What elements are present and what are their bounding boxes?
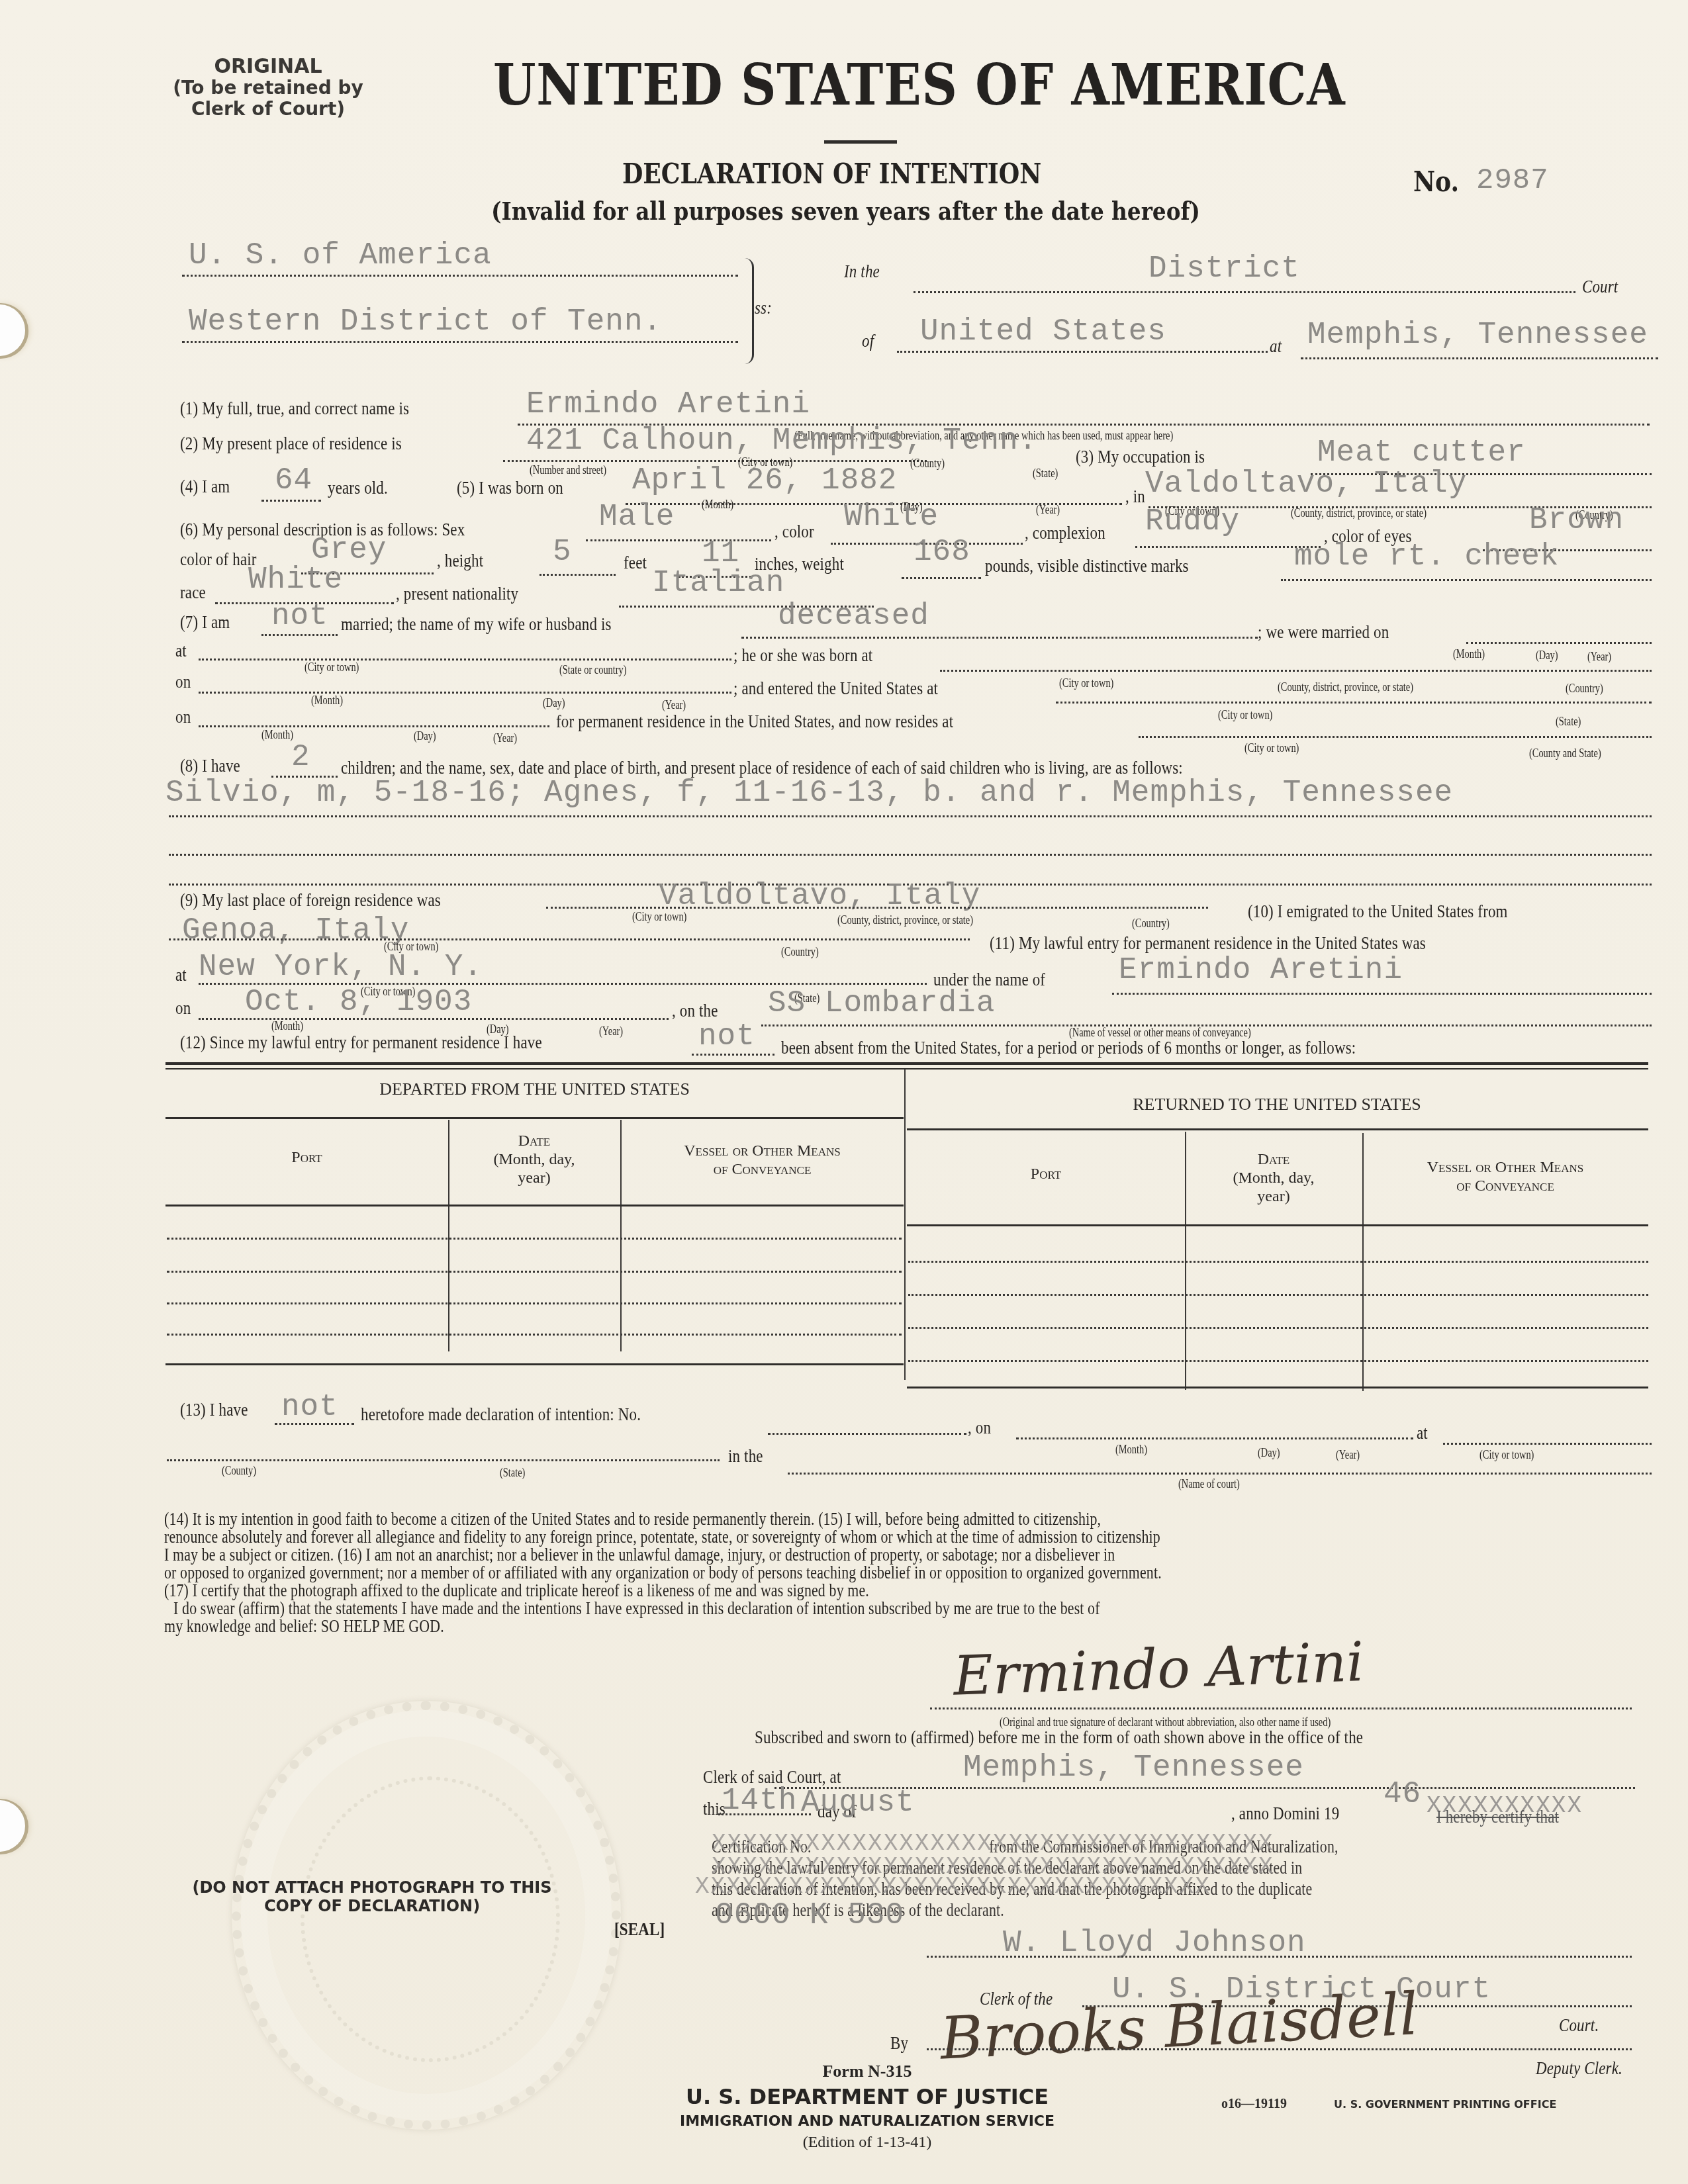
department-name: U. S. DEPARTMENT OF JUSTICE — [616, 2084, 1119, 2109]
departed-col-date-line-3: year) — [448, 1169, 620, 1187]
born-at-hint-city: (City or town) — [1059, 676, 1113, 690]
height-feet: 5 — [553, 535, 572, 569]
table-top-rule-2 — [165, 1068, 1648, 1069]
departed-header-rule — [165, 1117, 904, 1119]
print-code-text: o16—19119 — [1221, 2097, 1287, 2112]
seal-label: [SEAL] — [614, 1919, 665, 1940]
entry-on-label: on — [175, 998, 191, 1019]
entry-at-label: at — [175, 965, 187, 986]
declaration-number: 2987 — [1476, 164, 1549, 197]
court-type: District — [1149, 251, 1300, 286]
table-row — [167, 1334, 902, 1336]
seal-inner-ring — [301, 1776, 560, 2062]
oath-paragraph: (14) It is my intention in good faith to… — [164, 1510, 1687, 1635]
q13-in-the-label: in the — [728, 1446, 763, 1467]
q7-text: married; the name of my wife or husband … — [341, 614, 612, 635]
q2-label: (2) My present place of residence is — [180, 433, 402, 455]
q9-hint-country: (Country) — [1132, 917, 1170, 931]
last-residence-underline — [546, 907, 1208, 909]
entry-hint-year: (Year) — [599, 1024, 623, 1038]
q4-label: (4) I am — [180, 477, 230, 498]
table-row — [167, 1238, 902, 1240]
q7-label: (7) I am — [180, 612, 230, 633]
departed-col-vessel-line-2: of Conveyance — [620, 1160, 904, 1179]
q13-on-label: , on — [968, 1418, 991, 1439]
married-on-label: ; we were married on — [1258, 622, 1389, 643]
distinctive-marks: mole rt. cheek — [1294, 539, 1559, 574]
q13-label: (13) I have — [180, 1400, 248, 1421]
spouse-on-hint-day: (Day) — [543, 696, 565, 710]
married-hint-year: (Year) — [1587, 650, 1611, 664]
binder-hole-top — [0, 304, 25, 356]
edition: (Edition of 1-13-41) — [616, 2134, 1119, 2152]
q13-hint-year: (Year) — [1336, 1448, 1360, 1462]
court-type-underline — [914, 291, 1575, 293]
of-label: of — [862, 331, 874, 352]
born-at-hint-county: (County, district, province, or state) — [1278, 680, 1413, 694]
anno-label: , anno Domini 19 — [1231, 1803, 1339, 1825]
oath-line-6: I do swear (affirm) that the statements … — [164, 1600, 1352, 1617]
emigrated-from: Genoa, Italy — [182, 913, 409, 948]
q13-hint-court: (Name of court) — [1178, 1477, 1240, 1491]
q9-hint-city: (City or town) — [632, 910, 686, 924]
perm-hint-day: (Day) — [414, 729, 436, 743]
q10-hint-country: (Country) — [781, 945, 819, 959]
certification-code: 0600 K 530 — [715, 1898, 904, 1933]
complexion-label: , complexion — [1025, 523, 1105, 544]
returned-col-vessel: Vessel or Other Means of Conveyance — [1362, 1158, 1648, 1195]
departed-col-vessel: Vessel or Other Means of Conveyance — [620, 1142, 904, 1179]
spouse-on-hint-month: (Month) — [311, 694, 343, 707]
clerk-at-value: Memphis, Tennessee — [963, 1751, 1304, 1785]
oath-line-5: (17) I certify that the photograph affix… — [164, 1582, 1352, 1600]
q13-hint-day: (Day) — [1258, 1446, 1280, 1460]
resides-hint-county-state: (County and State) — [1529, 747, 1601, 760]
q10-label: (10) I emigrated to the United States fr… — [1248, 901, 1508, 923]
height-feet-underline — [539, 574, 616, 576]
departed-col-vessel-line-1: Vessel or Other Means — [620, 1142, 904, 1160]
children-underline-2 — [169, 854, 1652, 856]
form-footer: Form N-315 U. S. DEPARTMENT OF JUSTICE I… — [616, 2062, 1119, 2152]
entry-port: New York, N. Y. — [199, 950, 483, 984]
declarant-signature: Ermindo Artini — [953, 1631, 1365, 1708]
married-hint-day: (Day) — [1536, 649, 1558, 662]
feet-label: feet — [624, 553, 647, 574]
q13-hint-city: (City or town) — [1479, 1448, 1534, 1462]
venue-line-1: U. S. of America — [189, 238, 492, 273]
departed-col-date-line-2: (Month, day, — [448, 1150, 620, 1169]
entry-name: Ermindo Aretini — [1119, 953, 1403, 987]
nationality: Italian — [652, 566, 784, 600]
full-name: Ermindo Aretini — [526, 387, 810, 422]
prior-city-underline — [1443, 1443, 1652, 1445]
perm-on-label: on — [175, 707, 191, 728]
returned-col-date: Date (Month, day, year) — [1185, 1150, 1362, 1206]
strike-x-line-3: XXXXXXXXXXXXXXXXXXXXXXXXXXXXXXXXXXXX — [695, 1873, 1211, 1900]
spouse-on-label: on — [175, 672, 191, 693]
entry-date-underline — [199, 1018, 669, 1020]
entry-date: Oct. 8, 1903 — [245, 985, 472, 1019]
spouse-underline — [741, 637, 1258, 639]
court-label: Court — [1582, 277, 1618, 298]
in-label: , in — [1125, 486, 1145, 508]
height-label: , height — [437, 551, 483, 572]
race-label: race — [180, 582, 206, 604]
binder-hole-bottom — [0, 1800, 25, 1852]
oath-line-1: (14) It is my intention in good faith to… — [164, 1510, 1352, 1528]
form-title: DECLARATION OF INTENTION — [622, 158, 1041, 190]
of-underline — [897, 351, 1268, 353]
married-at-hint-city: (City or town) — [305, 660, 359, 674]
spouse-on-hint-year: (Year) — [662, 698, 686, 712]
color-label: , color — [774, 522, 814, 543]
of-value: United States — [920, 314, 1166, 349]
oath-line-3: I may be a subject or citizen. (16) I am… — [164, 1546, 1352, 1564]
by-label: By — [890, 2033, 908, 2054]
resides-hint-city: (City or town) — [1244, 741, 1299, 755]
returned-colhead-rule — [907, 1224, 1648, 1226]
race: White — [248, 563, 343, 597]
born-at-label: ; he or she was born at — [733, 645, 872, 666]
prior-county-state-underline — [167, 1459, 720, 1461]
pounds-label: pounds, visible distinctive marks — [985, 556, 1189, 577]
original-notice: ORIGINAL (To be retained by Clerk of Cou… — [169, 56, 367, 120]
q13-at-label: at — [1417, 1423, 1428, 1444]
venue-line-1-underline — [182, 275, 738, 277]
q11-label: (11) My lawful entry for permanent resid… — [990, 933, 1426, 954]
form-number: Form N-315 — [616, 2062, 1119, 2081]
residence-underline — [503, 460, 927, 462]
sex: Male — [599, 500, 675, 534]
table-center-divider — [904, 1069, 906, 1380]
returned-col-vessel-line-1: Vessel or Other Means — [1362, 1158, 1648, 1177]
deputy-label: Deputy Clerk. — [1536, 2058, 1622, 2079]
table-row — [167, 1302, 902, 1304]
photo-note-line-2: COPY OF DECLARATION) — [173, 1897, 571, 1915]
q8-label: (8) I have — [180, 756, 240, 777]
at-underline — [1301, 357, 1658, 359]
departed-col-date-line-1: Date — [448, 1132, 620, 1150]
day-underline — [718, 1813, 811, 1815]
table-bottom-rule-right — [907, 1387, 1648, 1388]
married-at-underline — [199, 659, 731, 660]
returned-header-rule — [907, 1128, 1648, 1130]
marital-underline — [261, 634, 338, 636]
page-title: UNITED STATES OF AMERICA — [493, 52, 1346, 118]
returned-col-date-line-2: (Month, day, — [1185, 1169, 1362, 1187]
table-row — [908, 1327, 1648, 1329]
deputy-signature-line — [927, 2048, 1632, 2050]
children-underline-1 — [169, 815, 1652, 817]
q13-hint-state: (State) — [500, 1466, 525, 1480]
emigrated-underline — [169, 938, 970, 940]
ss-label: ss: — [755, 298, 772, 319]
absence-underline — [692, 1054, 774, 1056]
q9-label: (9) My last place of foreign residence w… — [180, 890, 441, 911]
vessel-name: SS Lombardia — [768, 986, 995, 1021]
age-underline — [261, 500, 321, 502]
title-divider — [824, 140, 897, 144]
photo-note-line-1: (DO NOT ATTACH PHOTOGRAPH TO THIS — [173, 1878, 571, 1897]
entered-hint-city: (City or town) — [1218, 708, 1272, 722]
clerk-name-underline — [927, 1956, 1632, 1958]
returned-col-date-line-3: year) — [1185, 1187, 1362, 1206]
q12-text: been absent from the United States, for … — [781, 1038, 1356, 1059]
q4-suffix: years old. — [328, 478, 388, 499]
certify-text: I hereby certify that — [1436, 1807, 1559, 1828]
marks-underline — [1281, 579, 1652, 581]
photo-note: (DO NOT ATTACH PHOTOGRAPH TO THIS COPY O… — [173, 1878, 571, 1915]
q5-label: (5) I was born on — [457, 478, 563, 499]
table-row — [908, 1294, 1648, 1296]
spouse-on-underline — [199, 692, 731, 694]
original-label: ORIGINAL — [169, 56, 367, 77]
printer-name: U. S. GOVERNMENT PRINTING OFFICE — [1334, 2098, 1556, 2111]
children-list: Silvio, m, 5-18-16; Agnes, f, 11-16-13, … — [165, 776, 1453, 810]
born-at-underline — [940, 670, 1652, 672]
hint-county-district: (County, district, province, or state) — [1291, 506, 1427, 520]
table-top-rule — [165, 1062, 1648, 1065]
month-value: August — [801, 1786, 915, 1820]
q13-hint-month: (Month) — [1115, 1443, 1147, 1457]
occupation: Meat cutter — [1317, 435, 1526, 470]
complexion-underline — [1135, 546, 1321, 548]
q12-label: (12) Since my lawful entry for permanent… — [180, 1032, 542, 1054]
q3-label: (3) My occupation is — [1076, 447, 1205, 468]
married-hint-month: (Month) — [1453, 647, 1485, 661]
table-row — [167, 1271, 902, 1273]
nationality-label: , present nationality — [396, 584, 518, 605]
table-row — [908, 1360, 1648, 1362]
departed-colhead-rule — [165, 1205, 904, 1206]
hint-year: (Year) — [1036, 503, 1060, 517]
embossed-court-seal — [232, 1701, 621, 2130]
returned-col-vessel-line-2: of Conveyance — [1362, 1177, 1648, 1195]
prior-court-underline — [788, 1473, 1652, 1475]
venue-line-2-underline — [182, 341, 738, 343]
document-page: ORIGINAL (To be retained by Clerk of Cou… — [0, 0, 1688, 2184]
table-bottom-rule-left — [165, 1363, 904, 1365]
marital-status: not — [271, 599, 328, 633]
departed-header: DEPARTED FROM THE UNITED STATES — [165, 1080, 904, 1099]
born-at-hint-country: (Country) — [1566, 682, 1603, 696]
subscribed-text: Subscribed and sworn to (affirmed) befor… — [755, 1727, 1363, 1749]
married-at-hint-state: (State or country) — [559, 663, 627, 677]
venue-line-2: Western District of Tenn. — [189, 304, 662, 339]
hair-label: color of hair — [180, 549, 257, 570]
color: White — [844, 500, 939, 534]
returned-header: RETURNED TO THE UNITED STATES — [906, 1095, 1648, 1114]
perm-res-label: for permanent residence in the United St… — [556, 711, 953, 733]
residence: 421 Calhoun, Memphis, Tenn. — [526, 424, 1037, 458]
q1-label: (1) My full, true, and correct name is — [180, 398, 409, 420]
court-suffix: Court. — [1559, 2015, 1599, 2036]
service-name: IMMIGRATION AND NATURALIZATION SERVICE — [616, 2113, 1119, 2130]
hint-month: (Month) — [702, 498, 733, 512]
perm-hint-month: (Month) — [261, 728, 293, 742]
in-the-label: In the — [844, 261, 880, 283]
hint-state: (State) — [1033, 467, 1058, 480]
eyes: Brown — [1529, 503, 1624, 537]
entry-hint-month: (Month) — [271, 1019, 303, 1033]
year-value: 46 — [1383, 1777, 1421, 1811]
oath-line-7: my knowledge and belief: SO HELP ME GOD. — [164, 1617, 1352, 1635]
now-resides-underline — [1139, 736, 1652, 738]
form-subtitle: (Invalid for all purposes seven years af… — [491, 196, 1200, 226]
children-count: 2 — [291, 740, 310, 774]
married-on-underline — [1466, 642, 1652, 644]
married-at-label: at — [175, 641, 187, 662]
at-value: Memphis, Tennessee — [1307, 318, 1648, 352]
q9-hint-county: (County, district, province, or state) — [837, 913, 973, 927]
entered-hint-state: (State) — [1556, 715, 1581, 729]
complexion: Ruddy — [1145, 504, 1240, 539]
prior-date-underline — [1016, 1437, 1413, 1439]
declaration-number-label: No. — [1413, 165, 1459, 198]
q13-text: heretofore made declaration of intention… — [361, 1404, 641, 1426]
hint-county: (County) — [910, 457, 945, 471]
entered-label: ; and entered the United States at — [733, 678, 938, 700]
weight: 168 — [914, 535, 970, 569]
q13-value: not — [281, 1390, 338, 1424]
oath-line-2: renounce absolutely and forever all alle… — [164, 1528, 1352, 1546]
original-note-2: Clerk of Court) — [169, 99, 367, 120]
returned-col-port: Port — [907, 1165, 1185, 1183]
at-label: at — [1270, 336, 1282, 357]
spouse-name: deceased — [778, 599, 929, 633]
departed-col-date: Date (Month, day, year) — [448, 1132, 620, 1187]
month-value-text: August — [801, 1786, 915, 1820]
weight-underline — [902, 577, 981, 579]
birth-date: April 26, 1882 — [632, 463, 897, 498]
venue-brace — [743, 258, 754, 364]
sex-underline — [586, 539, 771, 541]
age: 64 — [275, 463, 312, 498]
declarant-signature-line — [930, 1707, 1632, 1709]
oath-line-4: or opposed to organized government; nor … — [164, 1564, 1352, 1582]
departed-col-port: Port — [165, 1148, 448, 1167]
hint-number-street: (Number and street) — [530, 463, 606, 477]
original-note-1: (To be retained by — [169, 77, 367, 99]
q13-hint-county: (County) — [222, 1464, 256, 1478]
perm-on-underline — [199, 725, 549, 727]
prior-number-underline — [768, 1433, 966, 1435]
entered-underline — [1056, 702, 1652, 704]
birth-place: Valdoltavo, Italy — [1145, 467, 1467, 501]
q13-underline — [275, 1423, 354, 1425]
perm-hint-year: (Year) — [493, 731, 517, 745]
absence-status: not — [698, 1019, 755, 1054]
entry-name-underline — [1112, 993, 1652, 995]
returned-col-date-line-1: Date — [1185, 1150, 1362, 1169]
table-row — [908, 1261, 1648, 1263]
